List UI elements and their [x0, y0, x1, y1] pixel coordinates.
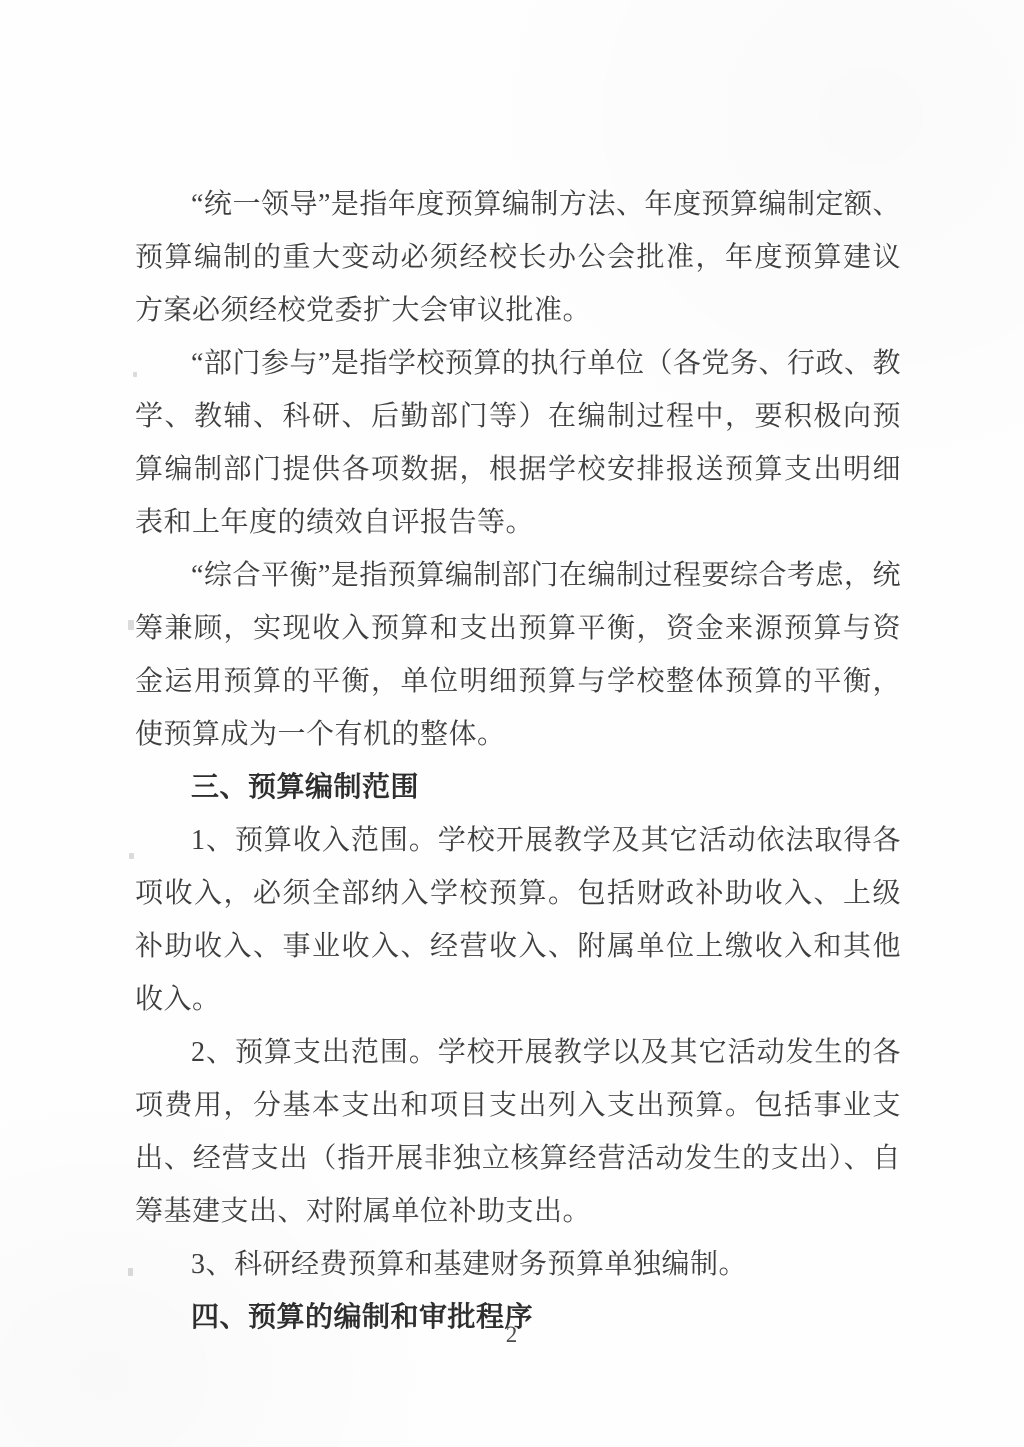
scan-artifact-speck	[128, 1268, 133, 1276]
paragraph-unified-leadership: “统一领导”是指年度预算编制方法、年度预算编制定额、预算编制的重大变动必须经校长…	[135, 178, 901, 337]
paragraph-comprehensive-balance: “综合平衡”是指预算编制部门在编制过程要综合考虑，统筹兼顾，实现收入预算和支出预…	[135, 549, 901, 761]
paragraph-department-participation: “部门参与”是指学校预算的执行单位（各党务、行政、教学、教辅、科研、后勤部门等）…	[135, 337, 901, 549]
paragraph-budget-expenditure-scope: 2、预算支出范围。学校开展教学以及其它活动发生的各项费用，分基本支出和项目支出列…	[135, 1026, 901, 1238]
scanned-document-page: “统一领导”是指年度预算编制方法、年度预算编制定额、预算编制的重大变动必须经校长…	[0, 0, 1024, 1447]
scan-artifact-speck	[129, 853, 134, 859]
scan-artifact-speck	[133, 372, 137, 377]
heading-section-three-budget-scope: 三、预算编制范围	[135, 761, 901, 814]
scan-artifact-speck	[128, 620, 134, 630]
paragraph-separate-budgets: 3、科研经费预算和基建财务预算单独编制。	[135, 1238, 901, 1291]
page-number: 2	[0, 1320, 1024, 1350]
paragraph-budget-income-scope: 1、预算收入范围。学校开展教学及其它活动依法取得各项收入，必须全部纳入学校预算。…	[135, 814, 901, 1026]
document-body: “统一领导”是指年度预算编制方法、年度预算编制定额、预算编制的重大变动必须经校长…	[135, 178, 901, 1344]
